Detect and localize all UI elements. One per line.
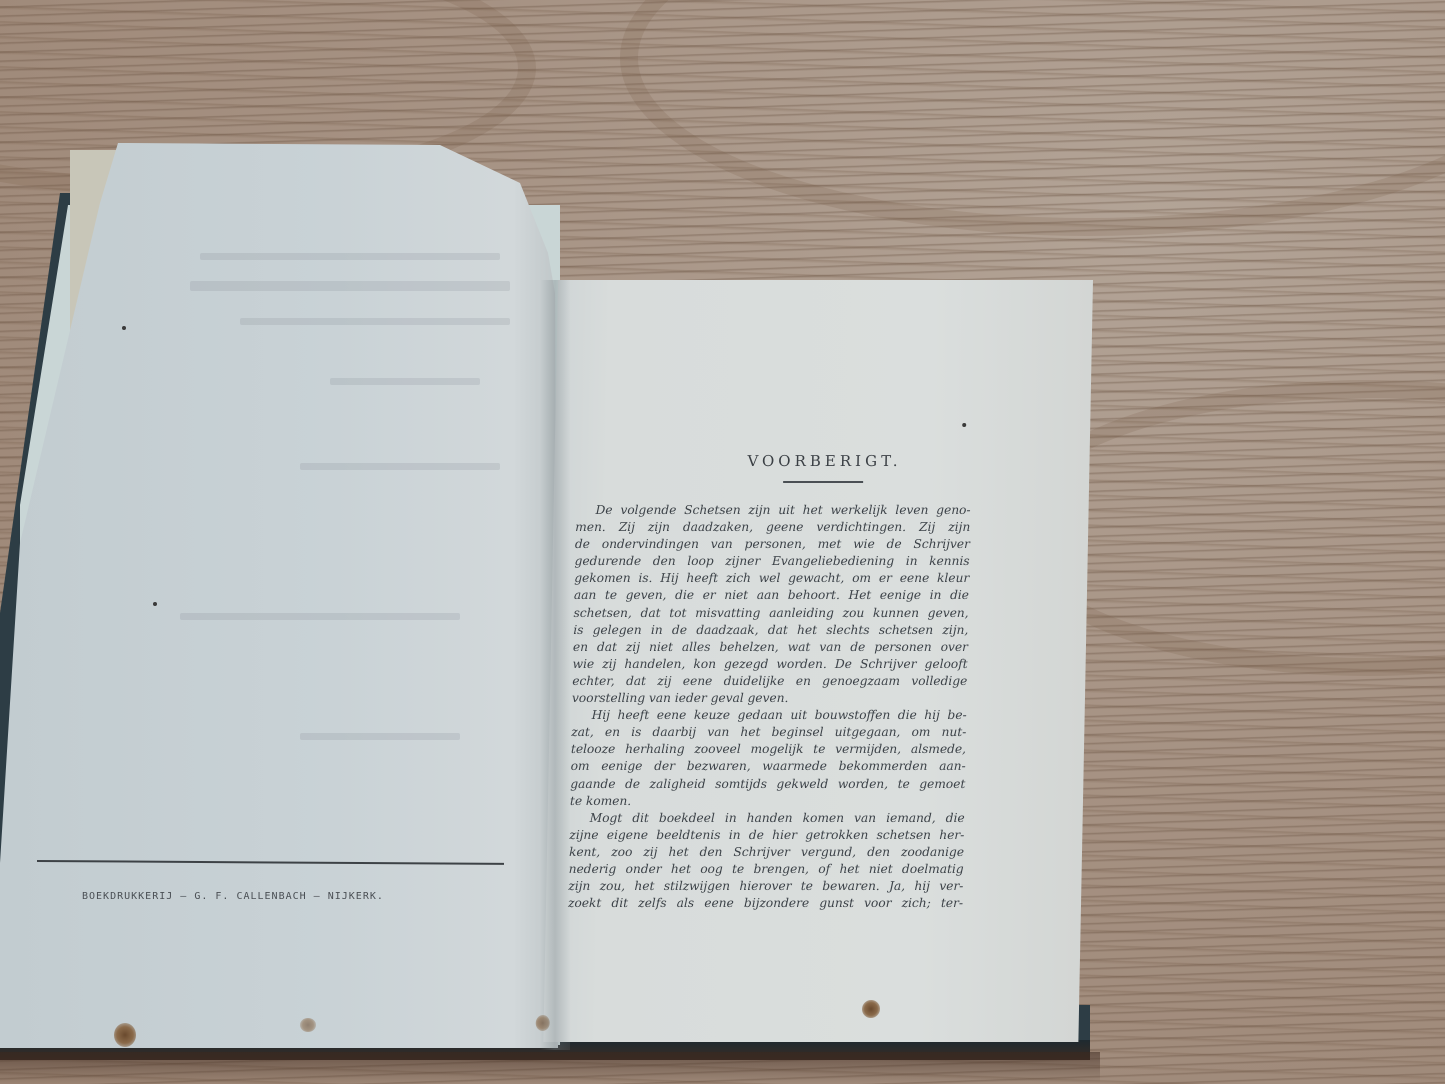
text-line: nederig onder het oog te brengen, of het… [569, 861, 964, 878]
left-page [0, 143, 558, 1048]
paper-speck [962, 423, 966, 427]
foxing-stain [114, 1023, 136, 1047]
text-line: Mogt dit boekdeel in handen komen van ie… [570, 810, 965, 827]
text-line: aan te geven, die er niet aan behoort. H… [574, 587, 969, 604]
text-line: zat, en is daarbij van het beginsel uitg… [571, 724, 966, 741]
text-line: zoekt dit zelfs als eene bijzondere guns… [568, 895, 963, 912]
text-line: telooze herhaling zooveel mogelijk te ve… [571, 741, 966, 758]
show-through-text [190, 281, 510, 291]
show-through-text [200, 253, 500, 260]
text-line: te komen. [570, 793, 965, 810]
page-heading: VOORBERIGT. [674, 452, 974, 470]
paragraph: De volgende Schetsen zijn uit het werkel… [572, 502, 971, 707]
printer-imprint: BOEKDRUKKERIJ — G. F. CALLENBACH — NIJKE… [82, 891, 502, 902]
text-line: kent, zoo zij het den Schrijver vergund,… [569, 844, 964, 861]
text-line: gedurende den loop zijner Evangeliebedie… [574, 553, 969, 570]
paper-speck [153, 602, 157, 606]
paragraph: Mogt dit boekdeel in handen komen van ie… [568, 810, 965, 913]
paragraph: Hij heeft eene keuze gedaan uit bouwstof… [570, 707, 967, 810]
book-shadow [0, 1052, 1100, 1084]
text-line: gaande de zaligheid somtijds gekweld wor… [570, 776, 965, 793]
text-line: men. Zij zijn daadzaken, geene verdichti… [575, 519, 970, 536]
text-line: De volgende Schetsen zijn uit het werkel… [575, 502, 970, 519]
text-line: om eenige der bezwaren, waarmede bekomme… [570, 758, 965, 775]
heading-rule [783, 481, 863, 483]
text-line: voorstelling van ieder geval geven. [572, 690, 967, 707]
preface-text: De volgende Schetsen zijn uit het werkel… [568, 502, 971, 912]
text-line: de ondervindingen van personen, met wie … [575, 536, 970, 553]
paper-speck [122, 326, 126, 330]
show-through-text [300, 733, 460, 740]
show-through-text [240, 318, 510, 325]
text-line: echter, dat zij eene duidelijke en genoe… [572, 673, 967, 690]
text-line: en dat zij niet alles behelzen, wat van … [573, 639, 968, 656]
text-line: gekomen is. Hij heeft zich wel gewacht, … [574, 570, 969, 587]
text-line: wie zij handelen, kon gezegd worden. De … [572, 656, 967, 673]
right-page: VOORBERIGT. De volgende Schetsen zijn ui… [543, 280, 1093, 1042]
text-line: schetsen, dat tot misvatting aanleiding … [573, 605, 968, 622]
text-line: zijne eigene beeldtenis in de hier getro… [569, 827, 964, 844]
show-through-text [330, 378, 480, 385]
text-line: is gelegen in de daadzaak, dat het slech… [573, 622, 968, 639]
text-line: zijn zou, het stilzwijgen hierover te be… [568, 878, 963, 895]
text-line: Hij heeft eene keuze gedaan uit bouwstof… [571, 707, 966, 724]
book-gutter [540, 280, 570, 1050]
foxing-stain [862, 1000, 880, 1018]
foxing-stain [300, 1018, 316, 1032]
show-through-text [300, 463, 500, 470]
show-through-text [180, 613, 460, 620]
